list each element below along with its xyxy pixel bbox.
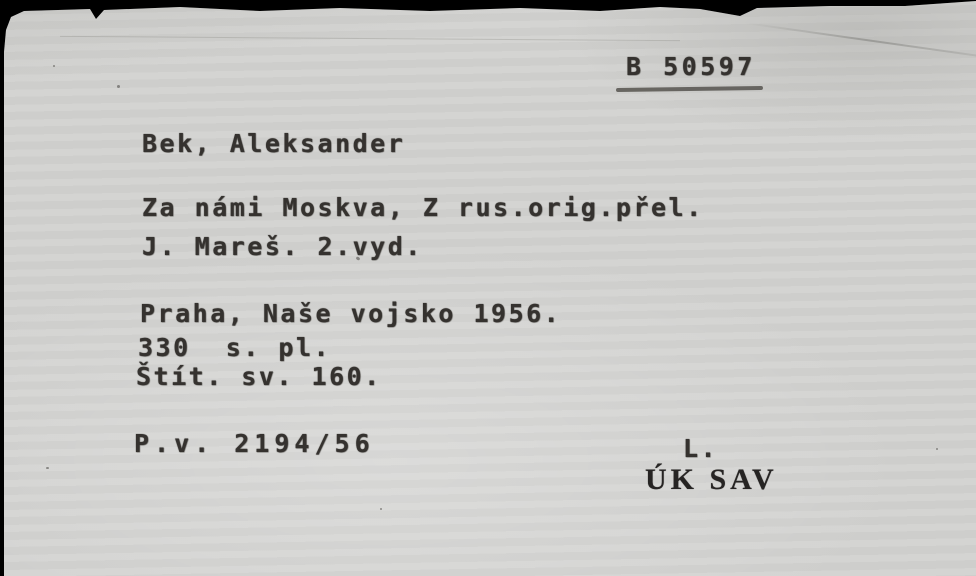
paper-speck — [46, 467, 49, 469]
catalog-card-scan: B 50597 Bek, Aleksander Za námi Moskva, … — [0, 0, 976, 576]
paper-crease-line — [60, 36, 680, 41]
call-number: B 50597 — [626, 54, 756, 79]
paper-speck — [53, 65, 55, 67]
paper-speck — [117, 85, 120, 88]
catalog-card-paper: B 50597 Bek, Aleksander Za námi Moskva, … — [0, 0, 976, 576]
series-statement: Štít. sv. 160. — [136, 364, 382, 389]
collation: 330 s. pl. — [138, 335, 331, 360]
author-heading: Bek, Aleksander — [142, 131, 405, 156]
paper-fold-crease — [745, 22, 976, 59]
library-stamp: ÚK SAV — [645, 465, 778, 495]
cataloguer-initial: L. — [683, 436, 718, 461]
call-number-underline — [616, 86, 763, 92]
accession-number: P.v. 2194/56 — [134, 431, 375, 456]
title-statement-line1: Za námi Moskva, Z rus.orig.přel. — [142, 195, 704, 220]
imprint: Praha, Naše vojsko 1956. — [140, 301, 561, 326]
paper-speck — [936, 448, 938, 450]
title-statement-line2: J. Mareš. 2.vyd. — [142, 234, 423, 259]
paper-speck — [380, 508, 382, 510]
